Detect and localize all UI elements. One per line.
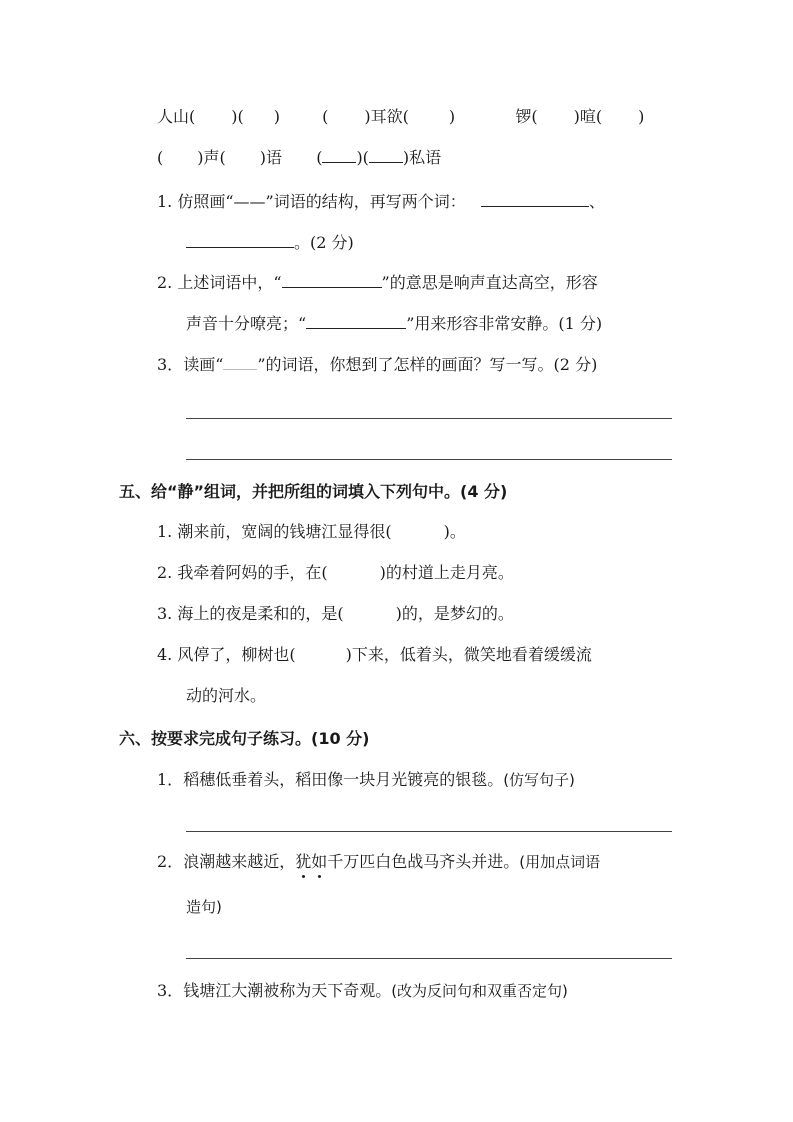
question-5-4-cont: 动的河水。 [186, 686, 266, 706]
emphasis-dot-char: 如 [311, 852, 327, 872]
question-6-2-cont: 造句) [186, 897, 222, 917]
faint-underline [223, 355, 257, 370]
word-row-2: ()声()语 ()()私语 [157, 148, 441, 168]
question-5-4: 4. 风停了，柳树也()下来，低着头，微笑地看着缓缓流 [157, 645, 592, 665]
section-5-heading: 五、给“静”组词，并把所组的词填入下列句中。(4 分) [119, 482, 507, 502]
question-6-2: 2．浪潮越来越近，犹如千万匹白色战马齐头并进。(用加点词语 [157, 852, 600, 872]
question-4-1: 1. 仿照画“——”词语的结构，再写两个词： 、 [157, 192, 605, 212]
question-5-3: 3. 海上的夜是柔和的，是()的，是梦幻的。 [157, 604, 514, 624]
word-blank-group: 锣()喧() [515, 107, 644, 126]
question-4-2: 2. 上述词语中，“”的意思是响声直达高空，形容 [157, 273, 598, 293]
answer-line[interactable] [186, 459, 672, 460]
question-4-2-cont: 声音十分嘹亮；“”用来形容非常安静。(1 分) [186, 314, 602, 334]
answer-blank[interactable] [306, 314, 406, 329]
word-blank-group: ()耳欲() [322, 107, 460, 126]
question-4-3: 3．读画“”的词语，你想到了怎样的画面？写一写。(2 分) [157, 355, 597, 375]
answer-line[interactable] [186, 958, 672, 959]
emphasis-dot-char: 犹 [295, 852, 311, 872]
answer-blank[interactable] [481, 192, 589, 207]
section-6-heading: 六、按要求完成句子练习。(10 分) [119, 729, 369, 749]
answer-blank[interactable] [282, 273, 382, 288]
question-6-3: 3．钱塘江大潮被称为天下奇观。(改为反问句和双重否定句) [157, 981, 568, 1001]
answer-line[interactable] [186, 831, 672, 832]
underlined-blank[interactable] [369, 148, 403, 163]
question-6-1: 1．稻穗低垂着头，稻田像一块月光镀亮的银毯。(仿写句子) [157, 770, 575, 790]
word-blank-group: 人山()() [157, 107, 285, 126]
answer-line[interactable] [186, 418, 672, 419]
question-5-1: 1. 潮来前，宽阔的钱塘江显得很()。 [157, 522, 466, 542]
underlined-blank[interactable] [322, 148, 356, 163]
question-4-1-cont: 。(2 分) [186, 233, 354, 253]
answer-blank[interactable] [186, 233, 294, 248]
question-5-2: 2. 我牵着阿妈的手，在()的村道上走月亮。 [157, 563, 514, 583]
word-row-1: 人山()() ()耳欲() 锣()喧() [157, 107, 644, 127]
